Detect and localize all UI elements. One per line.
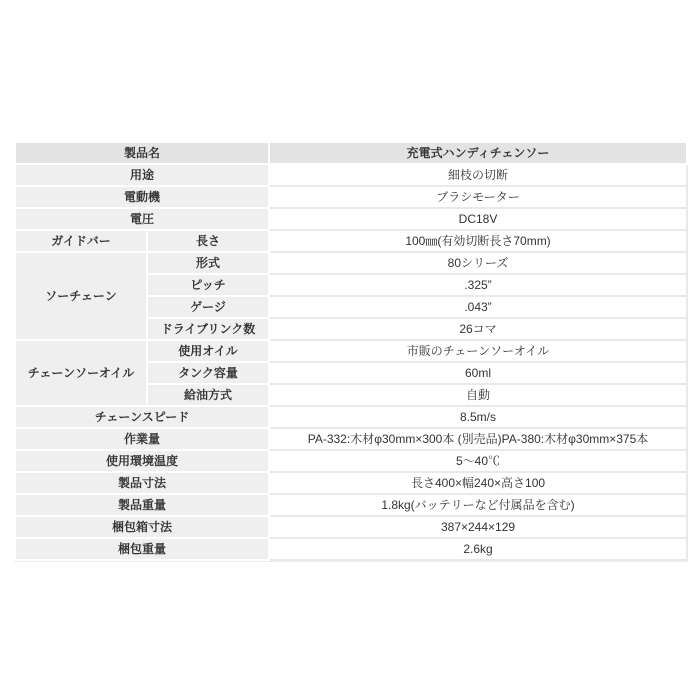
spec-value: 100㎜(有効切断長さ70mm)	[269, 230, 687, 252]
spec-value: PA-332:木材φ30mm×300本 (別売品)PA-380:木材φ30mm×…	[269, 428, 687, 450]
spec-value: 80シリーズ	[269, 252, 687, 274]
spec-label: 製品寸法	[15, 472, 269, 494]
row-voltage: 電圧 DC18V	[15, 208, 687, 230]
spec-table: 製品名 充電式ハンディチェンソー 用途 細枝の切断 電動機 ブラシモーター 電圧…	[14, 141, 688, 561]
spec-value: 充電式ハンディチェンソー	[269, 142, 687, 164]
spec-value: 長さ400×幅240×高さ100	[269, 472, 687, 494]
row-package-weight: 梱包重量 2.6kg	[15, 538, 687, 560]
row-product-dimensions: 製品寸法 長さ400×幅240×高さ100	[15, 472, 687, 494]
spec-sublabel: ドライブリンク数	[147, 318, 269, 340]
spec-value: 8.5m/s	[269, 406, 687, 428]
spec-label: 製品名	[15, 142, 269, 164]
spec-value: .043”	[269, 296, 687, 318]
row-application: 用途 細枝の切断	[15, 164, 687, 186]
spec-sublabel: 長さ	[147, 230, 269, 252]
row-package-dimensions: 梱包箱寸法 387×244×129	[15, 516, 687, 538]
row-chain-speed: チェーンスピード 8.5m/s	[15, 406, 687, 428]
spec-value: 60ml	[269, 362, 687, 384]
spec-value: 自動	[269, 384, 687, 406]
group-label-guide-bar: ガイドバー	[15, 230, 147, 252]
group-label-chainsaw-oil: チェーンソーオイル	[15, 340, 147, 406]
spec-sublabel: ゲージ	[147, 296, 269, 318]
spec-value: 細枝の切断	[269, 164, 687, 186]
group-label-saw-chain: ソーチェーン	[15, 252, 147, 340]
spec-label: 梱包箱寸法	[15, 516, 269, 538]
spec-sublabel: 使用オイル	[147, 340, 269, 362]
row-work-capacity: 作業量 PA-332:木材φ30mm×300本 (別売品)PA-380:木材φ3…	[15, 428, 687, 450]
row-operating-temperature: 使用環境温度 5〜40℃	[15, 450, 687, 472]
row-saw-chain-type: ソーチェーン 形式 80シリーズ	[15, 252, 687, 274]
spec-label: 電圧	[15, 208, 269, 230]
spec-sublabel: ピッチ	[147, 274, 269, 296]
spec-label: 使用環境温度	[15, 450, 269, 472]
spec-sublabel: 形式	[147, 252, 269, 274]
row-oil-type: チェーンソーオイル 使用オイル 市販のチェーンソーオイル	[15, 340, 687, 362]
spec-value: ブラシモーター	[269, 186, 687, 208]
row-motor: 電動機 ブラシモーター	[15, 186, 687, 208]
row-guide-bar-length: ガイドバー 長さ 100㎜(有効切断長さ70mm)	[15, 230, 687, 252]
spec-value: 387×244×129	[269, 516, 687, 538]
spec-table-container: 製品名 充電式ハンディチェンソー 用途 細枝の切断 電動機 ブラシモーター 電圧…	[14, 141, 686, 561]
spec-label: 製品重量	[15, 494, 269, 516]
spec-sublabel: 給油方式	[147, 384, 269, 406]
spec-value: .325”	[269, 274, 687, 296]
spec-value: DC18V	[269, 208, 687, 230]
spec-value: 5〜40℃	[269, 450, 687, 472]
spec-value: 市販のチェーンソーオイル	[269, 340, 687, 362]
spec-label: チェーンスピード	[15, 406, 269, 428]
spec-label: 梱包重量	[15, 538, 269, 560]
spec-label: 作業量	[15, 428, 269, 450]
row-product-weight: 製品重量 1.8kg(バッテリーなど付属品を含む)	[15, 494, 687, 516]
row-product-name: 製品名 充電式ハンディチェンソー	[15, 142, 687, 164]
spec-sublabel: タンク容量	[147, 362, 269, 384]
spec-value: 26コマ	[269, 318, 687, 340]
spec-label: 電動機	[15, 186, 269, 208]
spec-value: 2.6kg	[269, 538, 687, 560]
spec-label: 用途	[15, 164, 269, 186]
spec-value: 1.8kg(バッテリーなど付属品を含む)	[269, 494, 687, 516]
